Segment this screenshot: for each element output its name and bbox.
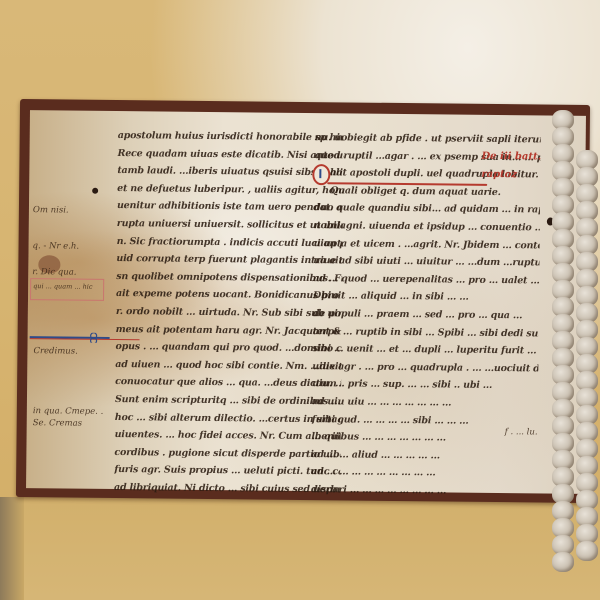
parchment-leaf: Om nisi. q. - Nr e.h. r. Dic qua. qui ..…	[26, 110, 586, 494]
marginal-note: Om nisi.	[33, 205, 69, 215]
rubric-heading: raptoz	[481, 169, 517, 180]
marginal-note: Credimus.	[33, 346, 77, 356]
boxed-marginal-note: qui ... quam ... hic	[30, 278, 104, 301]
text-line: dispari ... ... ... ... ... ... ... ...	[311, 481, 537, 501]
table-shadow	[0, 497, 24, 600]
wormhole	[92, 188, 98, 194]
marginal-note: in qua. Cmepe. .	[33, 406, 104, 417]
marginal-note: Se. Cremas	[33, 418, 82, 429]
cord-knot	[576, 541, 598, 561]
text-line: ad libriquiat. Ni dicto ... sibi cuius s…	[114, 479, 340, 499]
marginal-note: qui ... quam ... hic	[33, 282, 92, 291]
rubric-heading: De iii batt.	[481, 151, 541, 163]
marginal-note: q. - Nr e.h.	[33, 241, 80, 251]
cord-knot	[552, 552, 574, 572]
text-column-left: apostolum huius iurisdicti honorabile sp…	[114, 127, 344, 499]
text-column-right: nu. uobiegit ab pfide . ut pserviit sapl…	[311, 129, 541, 501]
cord-bookmark-strand	[572, 150, 600, 558]
table-surface	[0, 497, 600, 600]
marginal-note: r. Dic qua.	[32, 267, 76, 277]
